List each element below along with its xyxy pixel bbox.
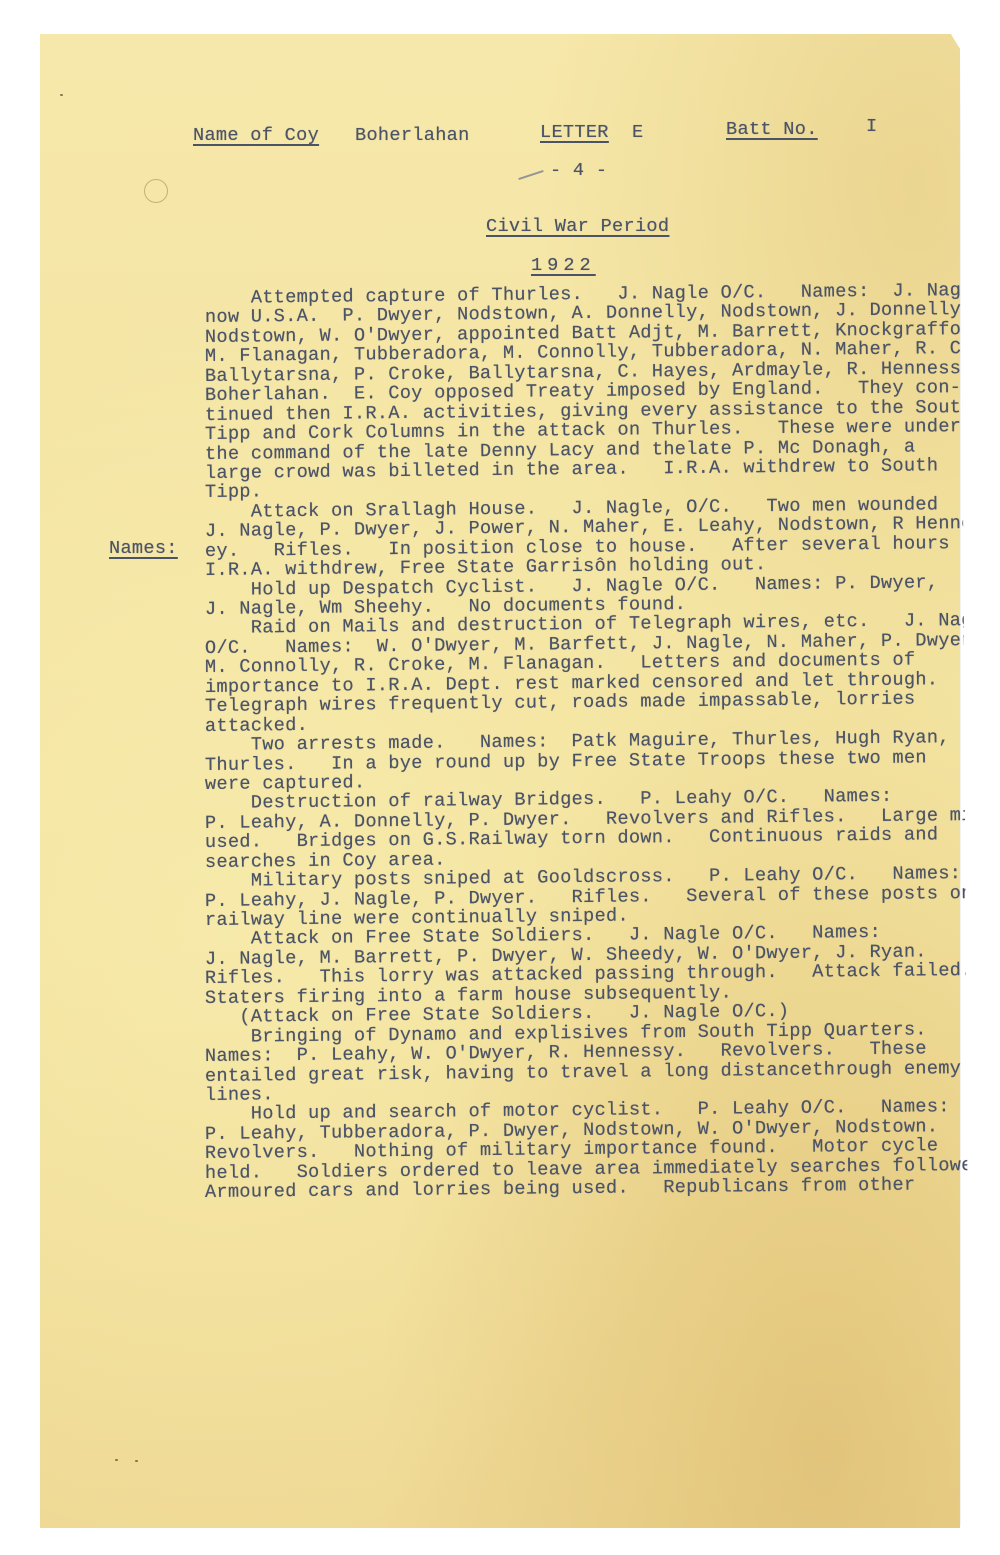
- letter-label: LETTER: [540, 122, 609, 143]
- pen-stroke-mark: [518, 170, 543, 180]
- company-name-value: Boherlahan: [355, 125, 470, 146]
- battalion-number-label: Batt No.: [726, 119, 818, 140]
- company-name-label: Name of Coy: [193, 125, 319, 146]
- section-title: Civil War Period: [486, 216, 669, 237]
- paper-speck: [115, 1459, 118, 1461]
- stamp-circle-mark: [144, 179, 168, 203]
- margin-names-note: Names:: [109, 538, 178, 559]
- body-text: Attempted capture of Thurles. J. Nagle O…: [205, 289, 1000, 1203]
- paper-speck: [200, 1531, 203, 1533]
- section-year: 1922: [531, 255, 596, 276]
- document-page: Name of Coy Boherlahan LETTER E Batt No.…: [40, 34, 960, 1528]
- paper-speck: [60, 94, 63, 96]
- corner-stain: [942, 1544, 970, 1555]
- letter-value: E: [632, 122, 643, 143]
- paper-speck: [92, 1546, 95, 1548]
- page-number: - 4 -: [550, 160, 607, 181]
- battalion-number-value: I: [866, 116, 877, 137]
- paper-speck: [135, 1460, 138, 1462]
